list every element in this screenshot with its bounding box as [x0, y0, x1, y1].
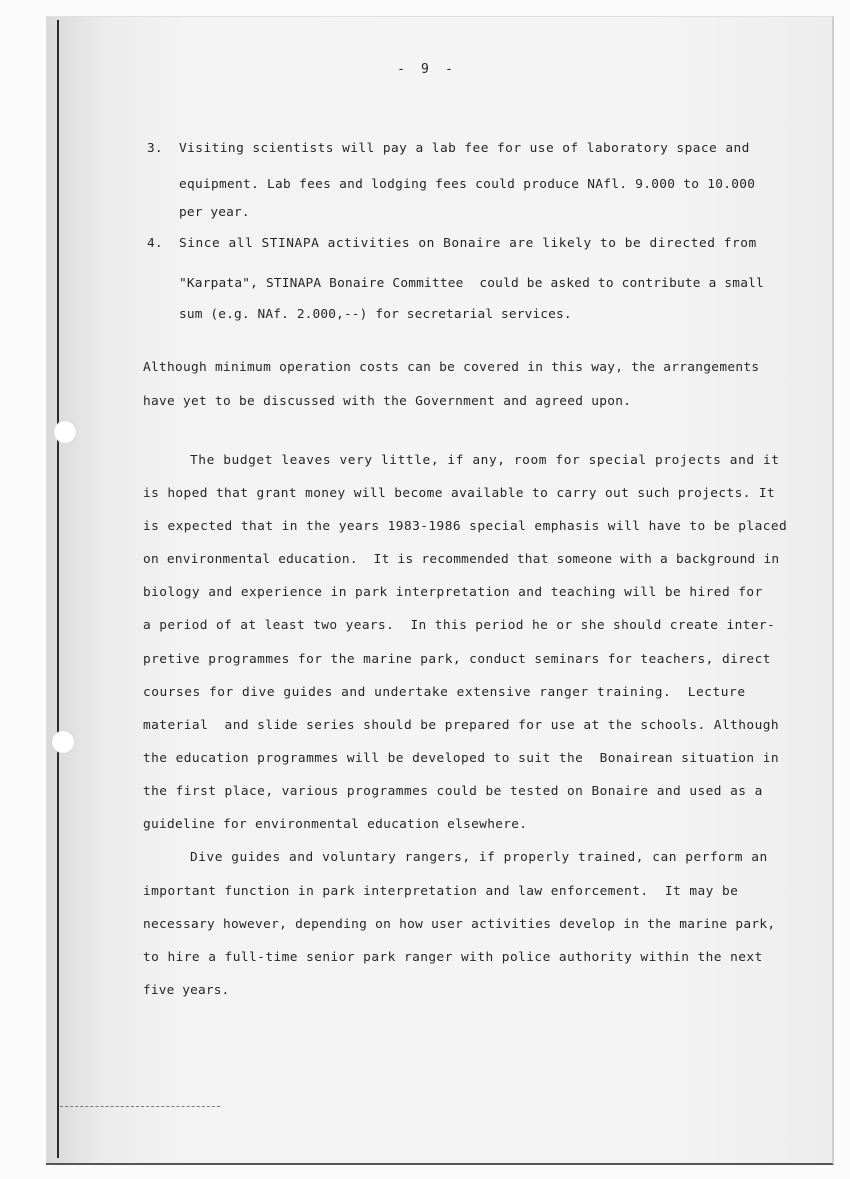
- paragraph-line: material and slide series should be prep…: [143, 720, 779, 733]
- paragraph-line: have yet to be discussed with the Govern…: [143, 396, 631, 409]
- list-item-line: Visiting scientists will pay a lab fee f…: [179, 143, 750, 156]
- paragraph-line: biology and experience in park interpret…: [143, 587, 763, 600]
- list-item-line: per year.: [179, 207, 250, 220]
- list-item-line: sum (e.g. NAf. 2.000,--) for secretarial…: [179, 309, 572, 322]
- paragraph-line: to hire a full-time senior park ranger w…: [143, 952, 763, 965]
- list-item-number: 4.: [147, 238, 163, 251]
- paragraph-line: guideline for environmental education el…: [143, 819, 527, 832]
- list-item-line: Since all STINAPA activities on Bonaire …: [179, 238, 757, 251]
- paragraph-line: on environmental education. It is recomm…: [143, 554, 779, 567]
- punch-hole-icon: [54, 421, 76, 443]
- list-item-line: equipment. Lab fees and lodging fees cou…: [179, 179, 755, 192]
- paragraph-line: Although minimum operation costs can be …: [143, 362, 759, 375]
- binding-edge-line: [57, 20, 59, 1158]
- paragraph-line: the first place, various programmes coul…: [143, 786, 763, 799]
- paragraph-line: courses for dive guides and undertake ex…: [143, 687, 746, 700]
- paragraph-line: Dive guides and voluntary rangers, if pr…: [190, 852, 768, 865]
- paragraph-line: is hoped that grant money will become av…: [143, 488, 775, 501]
- paragraph-line: important function in park interpretatio…: [143, 886, 738, 899]
- paragraph-line: necessary however, depending on how user…: [143, 919, 775, 932]
- list-item-number: 3.: [147, 143, 163, 156]
- paragraph-line: The budget leaves very little, if any, r…: [190, 455, 780, 468]
- paragraph-line: five years.: [143, 985, 229, 998]
- paragraph-line: is expected that in the years 1983-1986 …: [143, 521, 787, 534]
- paragraph-line: a period of at least two years. In this …: [143, 620, 775, 633]
- list-item-line: "Karpata", STINAPA Bonaire Committee cou…: [179, 278, 764, 291]
- paragraph-line: the education programmes will be develop…: [143, 753, 779, 766]
- footer-rule: [60, 1106, 220, 1108]
- paragraph-line: pretive programmes for the marine park, …: [143, 654, 771, 667]
- page-number: - 9 -: [0, 63, 850, 76]
- punch-hole-icon: [52, 731, 74, 753]
